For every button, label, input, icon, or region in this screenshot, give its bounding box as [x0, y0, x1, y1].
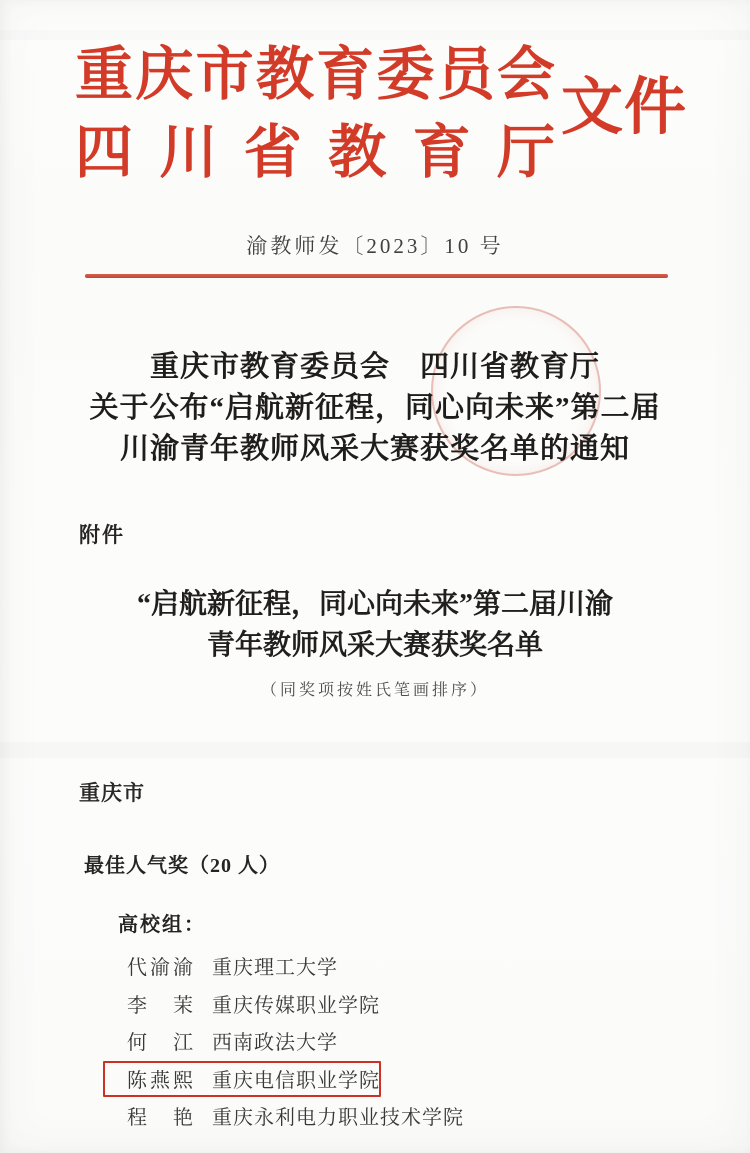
- doc-number: 渝教师发〔2023〕10 号: [0, 230, 750, 260]
- sort-order-note: （同奖项按姓氏笔画排序）: [0, 677, 750, 700]
- letterhead-org-names: 重庆市教育委员会 四川省教育厅: [75, 36, 555, 192]
- award-heading: 最佳人气奖（20 人）: [84, 849, 280, 878]
- scan-artifact-band: [0, 742, 750, 758]
- notice-title: 重庆市教育委员会 四川省教育厅 关于公布“启航新征程，同心向未来”第二届 川渝青…: [0, 347, 750, 470]
- winner-list: 代渝渝 重庆理工大学 李茉 重庆传媒职业学院 何江 西南政法大学 陈燕熙 重庆电…: [127, 950, 687, 1138]
- winner-name: 何江: [127, 1025, 193, 1063]
- attachment-title: “启航新征程，同心向未来”第二届川渝 青年教师风采大赛获奖名单: [0, 584, 750, 666]
- highlight-box: [103, 1061, 381, 1097]
- winner-school: 重庆理工大学: [212, 950, 338, 988]
- winner-row: 何江 西南政法大学: [127, 1025, 687, 1063]
- winner-name: 李茉: [127, 988, 193, 1026]
- winner-row: 李茉 重庆传媒职业学院: [127, 988, 687, 1026]
- region-heading: 重庆市: [79, 777, 145, 807]
- winner-name: 代渝渝: [127, 950, 193, 988]
- winner-school: 重庆传媒职业学院: [212, 988, 380, 1026]
- doc-type-label: 文件: [561, 77, 687, 139]
- org-name-line-1: 重庆市教育委员会: [75, 36, 555, 114]
- attachment-title-line-1: “启航新征程，同心向未来”第二届川渝: [0, 584, 750, 625]
- org-name-line-2: 四川省教育厅: [75, 114, 555, 192]
- notice-title-line-3: 川渝青年教师风采大赛获奖名单的通知: [0, 429, 750, 470]
- notice-title-line-1: 重庆市教育委员会 四川省教育厅: [0, 347, 750, 388]
- document-page: 重庆市教育委员会 四川省教育厅 文件 渝教师发〔2023〕10 号 重庆市教育委…: [0, 0, 750, 1153]
- attachment-title-line-2: 青年教师风采大赛获奖名单: [0, 625, 750, 666]
- winner-school: 重庆永利电力职业技术学院: [212, 1100, 464, 1138]
- notice-title-line-2: 关于公布“启航新征程，同心向未来”第二届: [0, 388, 750, 429]
- winner-school: 西南政法大学: [212, 1025, 338, 1063]
- red-divider-line: [85, 274, 668, 278]
- winner-row: 代渝渝 重庆理工大学: [127, 950, 687, 988]
- group-heading: 高校组：: [118, 908, 206, 937]
- winner-name: 程艳: [127, 1100, 193, 1138]
- attachment-label: 附件: [79, 519, 125, 549]
- winner-row: 程艳 重庆永利电力职业技术学院: [127, 1100, 687, 1138]
- winner-row-highlighted: 陈燕熙 重庆电信职业学院: [127, 1063, 687, 1101]
- letterhead: 重庆市教育委员会 四川省教育厅 文件: [75, 36, 691, 192]
